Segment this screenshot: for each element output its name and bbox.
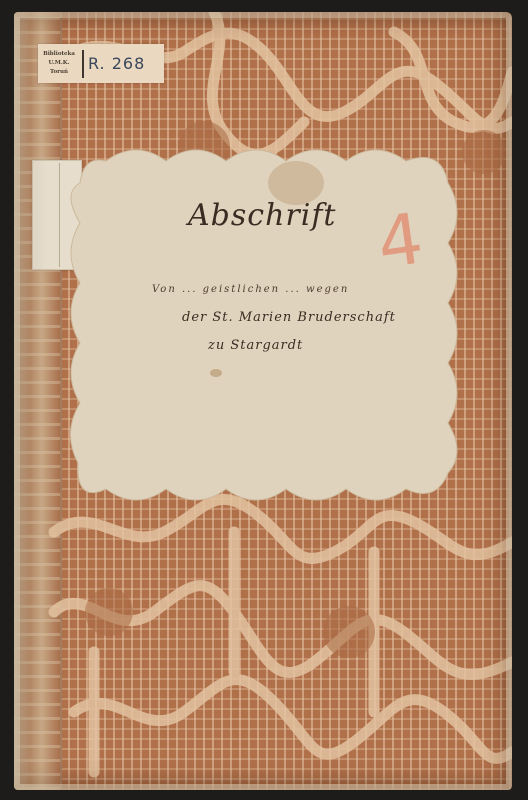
library-name: Biblioteka U.M.K. Toruń: [38, 50, 80, 77]
manuscript-line-2: der St. Marien Bruderschaft: [182, 310, 396, 325]
call-number: R. 268: [88, 54, 145, 73]
library-line-2: U.M.K.: [38, 59, 80, 68]
manuscript-line-3: zu Stargardt: [208, 338, 303, 353]
label-divider: [82, 50, 84, 78]
library-call-number-label: Biblioteka U.M.K. Toruń R. 268: [38, 44, 164, 83]
manuscript-title: Abschrift: [188, 198, 336, 233]
library-line-3: Toruń: [38, 68, 80, 77]
library-line-1: Biblioteka: [38, 50, 80, 59]
manuscript-line-1: Von ... geistlichen ... wegen: [152, 284, 349, 295]
